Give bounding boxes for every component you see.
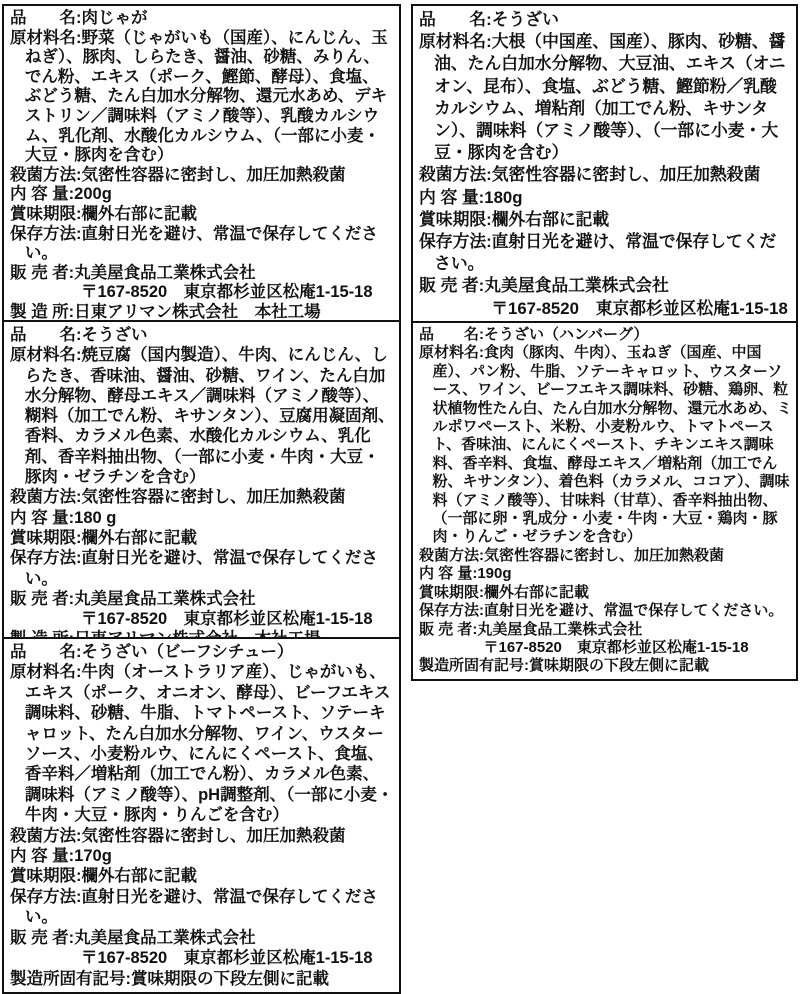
field-label-best-before: 賞味期限: bbox=[10, 867, 82, 885]
field-label-best-before: 賞味期限: bbox=[419, 584, 484, 601]
field-label-product-name: 品 名: bbox=[419, 10, 492, 29]
field-label-storage: 保存方法: bbox=[10, 549, 82, 567]
product-label-panel-souzai-hamburg: 品 名:そうざい（ハンバーグ）原材料名:食肉（豚肉、牛肉）、玉ねぎ（国産、中国産… bbox=[411, 321, 798, 681]
field-label-sterilization: 殺菌方法: bbox=[10, 488, 82, 506]
field-address-seller: 〒167-8520 東京都杉並区松庵1-15-18 bbox=[484, 639, 793, 657]
field-label-sterilization: 殺菌方法: bbox=[10, 827, 82, 845]
field-address-seller: 〒167-8520 東京都杉並区松庵1-15-18 bbox=[81, 283, 395, 303]
field-row-product-name: 品 名:そうざい bbox=[419, 9, 792, 31]
field-row-storage: 保存方法:直射日光を避け、常温で保存してください。 bbox=[10, 887, 395, 928]
field-row-seller: 販 売 者:丸美屋食品工業株式会社〒167-8520 東京都杉並区松庵1-15-… bbox=[10, 928, 395, 969]
field-label-manufacturer: 製 造 所: bbox=[10, 303, 74, 321]
field-row-net-content: 内 容 量:170g bbox=[10, 846, 395, 866]
field-row-product-name: 品 名:そうざい（ハンバーグ） bbox=[419, 326, 792, 344]
field-value-net-content: 180g bbox=[484, 188, 522, 207]
field-value-product-name: 肉じゃが bbox=[82, 9, 148, 27]
field-value-product-name: そうざい（ビーフシチュー） bbox=[82, 643, 294, 661]
field-row-ingredients: 原材料名:野菜（じゃがいも（国産）、にんじん、玉ねぎ）、豚肉、しらたき、醤油、砂… bbox=[10, 29, 395, 166]
field-row-best-before: 賞味期限:欄外右部に記載 bbox=[419, 584, 792, 602]
field-label-net-content: 内 容 量: bbox=[10, 185, 74, 203]
field-label-seller: 販 売 者: bbox=[419, 276, 484, 295]
field-value-net-content: 170g bbox=[74, 847, 112, 865]
product-label-panel-souzai-sukiyaki: 品 名:そうざい原材料名:焼豆腐（国内製造）、牛肉、にんじん、しらたき、香味油、… bbox=[2, 320, 401, 675]
field-label-sterilization: 殺菌方法: bbox=[419, 547, 484, 564]
field-label-best-before: 賞味期限: bbox=[10, 205, 82, 223]
field-address-seller: 〒167-8520 東京都杉並区松庵1-15-18 bbox=[491, 298, 792, 320]
field-label-seller: 販 売 者: bbox=[10, 264, 74, 282]
field-value-sterilization: 気密性容器に密封し、加圧加熱殺菌 bbox=[82, 488, 346, 506]
field-value-best-before: 欄外右部に記載 bbox=[82, 529, 198, 547]
field-value-seller: 丸美屋食品工業株式会社 bbox=[484, 276, 669, 295]
field-row-sterilization: 殺菌方法:気密性容器に密封し、加圧加熱殺菌 bbox=[419, 547, 792, 565]
field-row-product-name: 品 名:そうざい（ビーフシチュー） bbox=[10, 642, 395, 662]
field-row-seller: 販 売 者:丸美屋食品工業株式会社〒167-8520 東京都杉並区松庵1-15-… bbox=[419, 275, 792, 319]
field-value-sterilization: 気密性容器に密封し、加圧加熱殺菌 bbox=[82, 166, 346, 184]
field-label-factory-code: 製造所固有記号: bbox=[419, 657, 529, 674]
field-row-storage: 保存方法:直射日光を避け、常温で保存してください。 bbox=[419, 231, 792, 275]
field-row-best-before: 賞味期限:欄外右部に記載 bbox=[419, 209, 792, 231]
field-label-storage: 保存方法: bbox=[10, 225, 82, 243]
field-row-net-content: 内 容 量:200g bbox=[10, 185, 395, 205]
field-label-seller: 販 売 者: bbox=[10, 590, 74, 608]
field-row-best-before: 賞味期限:欄外右部に記載 bbox=[10, 528, 395, 548]
field-label-product-name: 品 名: bbox=[419, 326, 484, 343]
field-label-storage: 保存方法: bbox=[419, 602, 484, 619]
field-label-product-name: 品 名: bbox=[10, 9, 82, 27]
field-value-seller: 丸美屋食品工業株式会社 bbox=[74, 929, 256, 947]
field-address-seller: 〒167-8520 東京都杉並区松庵1-15-18 bbox=[81, 609, 395, 629]
field-value-factory-code: 賞味期限の下段左側に記載 bbox=[131, 970, 329, 988]
field-row-storage: 保存方法:直射日光を避け、常温で保存してください。 bbox=[10, 548, 395, 589]
field-value-net-content: 200g bbox=[74, 185, 112, 203]
field-label-product-name: 品 名: bbox=[10, 326, 82, 344]
field-label-ingredients: 原材料名: bbox=[10, 346, 82, 364]
field-row-best-before: 賞味期限:欄外右部に記載 bbox=[10, 205, 395, 225]
field-row-factory-code: 製造所固有記号:賞味期限の下段左側に記載 bbox=[419, 657, 792, 675]
field-row-seller: 販 売 者:丸美屋食品工業株式会社〒167-8520 東京都杉並区松庵1-15-… bbox=[10, 264, 395, 303]
field-value-ingredients: 食肉（豚肉、牛肉）、玉ねぎ（国産、中国産）、パン粉、牛脂、ソテーキャロット、ウス… bbox=[433, 344, 792, 545]
field-value-sterilization: 気密性容器に密封し、加圧加熱殺菌 bbox=[82, 827, 346, 845]
field-label-net-content: 内 容 量: bbox=[10, 847, 74, 865]
field-value-sterilization: 気密性容器に密封し、加圧加熱殺菌 bbox=[484, 547, 724, 564]
field-row-product-name: 品 名:肉じゃが bbox=[10, 9, 395, 29]
field-row-sterilization: 殺菌方法:気密性容器に密封し、加圧加熱殺菌 bbox=[10, 826, 395, 846]
field-label-net-content: 内 容 量: bbox=[10, 509, 74, 527]
field-label-ingredients: 原材料名: bbox=[419, 32, 492, 51]
field-label-storage: 保存方法: bbox=[10, 888, 82, 906]
field-address-seller: 〒167-8520 東京都杉並区松庵1-15-18 bbox=[81, 948, 395, 968]
field-value-seller: 丸美屋食品工業株式会社 bbox=[477, 621, 642, 638]
field-value-product-name: そうざい bbox=[82, 326, 148, 344]
field-value-factory-code: 賞味期限の下段左側に記載 bbox=[529, 657, 709, 674]
field-row-ingredients: 原材料名:牛肉（オーストラリア産）、じゃがいも、エキス（ポーク、オニオン、酵母）… bbox=[10, 662, 395, 825]
field-value-seller: 丸美屋食品工業株式会社 bbox=[74, 264, 256, 282]
field-label-ingredients: 原材料名: bbox=[419, 344, 484, 361]
field-row-storage: 保存方法:直射日光を避け、常温で保存してください。 bbox=[10, 225, 395, 264]
field-row-sterilization: 殺菌方法:気密性容器に密封し、加圧加熱殺菌 bbox=[10, 487, 395, 507]
field-row-ingredients: 原材料名:大根（中国産、国産）、豚肉、砂糖、醤油、たん白加水分解物、大豆油、エキ… bbox=[419, 31, 792, 164]
field-row-best-before: 賞味期限:欄外右部に記載 bbox=[10, 866, 395, 886]
field-label-factory-code: 製造所固有記号: bbox=[10, 970, 131, 988]
field-label-sterilization: 殺菌方法: bbox=[419, 165, 492, 184]
field-value-net-content: 180 g bbox=[74, 509, 116, 527]
field-value-ingredients: 焼豆腐（国内製造）、牛肉、にんじん、しらたき、香味油、醤油、砂糖、ワイン、たん白… bbox=[25, 346, 395, 486]
field-row-seller: 販 売 者:丸美屋食品工業株式会社〒167-8520 東京都杉並区松庵1-15-… bbox=[419, 621, 792, 658]
field-value-ingredients: 野菜（じゃがいも（国産）、にんじん、玉ねぎ）、豚肉、しらたき、醤油、砂糖、みりん… bbox=[25, 29, 388, 165]
field-row-sterilization: 殺菌方法:気密性容器に密封し、加圧加熱殺菌 bbox=[419, 164, 792, 186]
field-label-net-content: 内 容 量: bbox=[419, 565, 477, 582]
field-label-ingredients: 原材料名: bbox=[10, 29, 82, 47]
field-value-sterilization: 気密性容器に密封し、加圧加熱殺菌 bbox=[492, 165, 761, 184]
field-value-ingredients: 大根（中国産、国産）、豚肉、砂糖、醤油、たん白加水分解物、大豆油、エキス（オニオ… bbox=[434, 32, 785, 162]
field-value-seller: 丸美屋食品工業株式会社 bbox=[74, 590, 256, 608]
field-value-best-before: 欄外右部に記載 bbox=[492, 210, 609, 229]
field-value-manufacturer: 日東アリマン株式会社 本社工場 bbox=[74, 303, 321, 321]
field-label-best-before: 賞味期限: bbox=[10, 529, 82, 547]
field-label-seller: 販 売 者: bbox=[419, 621, 477, 638]
field-label-seller: 販 売 者: bbox=[10, 929, 74, 947]
field-row-factory-code: 製造所固有記号:賞味期限の下段左側に記載 bbox=[10, 969, 395, 989]
field-row-product-name: 品 名:そうざい bbox=[10, 325, 395, 345]
field-value-product-name: そうざい（ハンバーグ） bbox=[484, 326, 648, 343]
field-row-net-content: 内 容 量:180g bbox=[419, 187, 792, 209]
product-labels-document: 品 名:肉じゃが原材料名:野菜（じゃがいも（国産）、にんじん、玉ねぎ）、豚肉、し… bbox=[0, 0, 800, 954]
field-row-ingredients: 原材料名:焼豆腐（国内製造）、牛肉、にんじん、しらたき、香味油、醤油、砂糖、ワイ… bbox=[10, 345, 395, 487]
field-value-best-before: 欄外右部に記載 bbox=[82, 867, 198, 885]
field-value-product-name: そうざい bbox=[492, 10, 559, 29]
field-value-net-content: 190g bbox=[477, 565, 511, 582]
product-label-panel-nikujaga: 品 名:肉じゃが原材料名:野菜（じゃがいも（国産）、にんじん、玉ねぎ）、豚肉、し… bbox=[2, 4, 401, 347]
field-value-storage: 直射日光を避け、常温で保存してください。 bbox=[484, 602, 783, 619]
product-label-panel-souzai-beef-stew: 品 名:そうざい（ビーフシチュー）原材料名:牛肉（オーストラリア産）、じゃがいも… bbox=[2, 637, 401, 994]
field-value-ingredients: 牛肉（オーストラリア産）、じゃがいも、エキス（ポーク、オニオン、酵母）、ビーフエ… bbox=[25, 663, 394, 824]
field-label-product-name: 品 名: bbox=[10, 643, 82, 661]
field-row-seller: 販 売 者:丸美屋食品工業株式会社〒167-8520 東京都杉並区松庵1-15-… bbox=[10, 589, 395, 630]
field-row-net-content: 内 容 量:190g bbox=[419, 565, 792, 583]
field-row-ingredients: 原材料名:食肉（豚肉、牛肉）、玉ねぎ（国産、中国産）、パン粉、牛脂、ソテーキャロ… bbox=[419, 344, 792, 546]
field-row-sterilization: 殺菌方法:気密性容器に密封し、加圧加熱殺菌 bbox=[10, 166, 395, 186]
product-label-panel-souzai-daikon: 品 名:そうざい原材料名:大根（中国産、国産）、豚肉、砂糖、醤油、たん白加水分解… bbox=[411, 4, 798, 369]
field-label-storage: 保存方法: bbox=[419, 232, 492, 251]
field-label-ingredients: 原材料名: bbox=[10, 663, 82, 681]
field-label-net-content: 内 容 量: bbox=[419, 188, 484, 207]
field-row-net-content: 内 容 量:180 g bbox=[10, 508, 395, 528]
field-row-storage: 保存方法:直射日光を避け、常温で保存してください。 bbox=[419, 602, 792, 620]
field-label-best-before: 賞味期限: bbox=[419, 210, 492, 229]
field-value-best-before: 欄外右部に記載 bbox=[82, 205, 198, 223]
field-label-sterilization: 殺菌方法: bbox=[10, 166, 82, 184]
field-value-best-before: 欄外右部に記載 bbox=[484, 584, 589, 601]
